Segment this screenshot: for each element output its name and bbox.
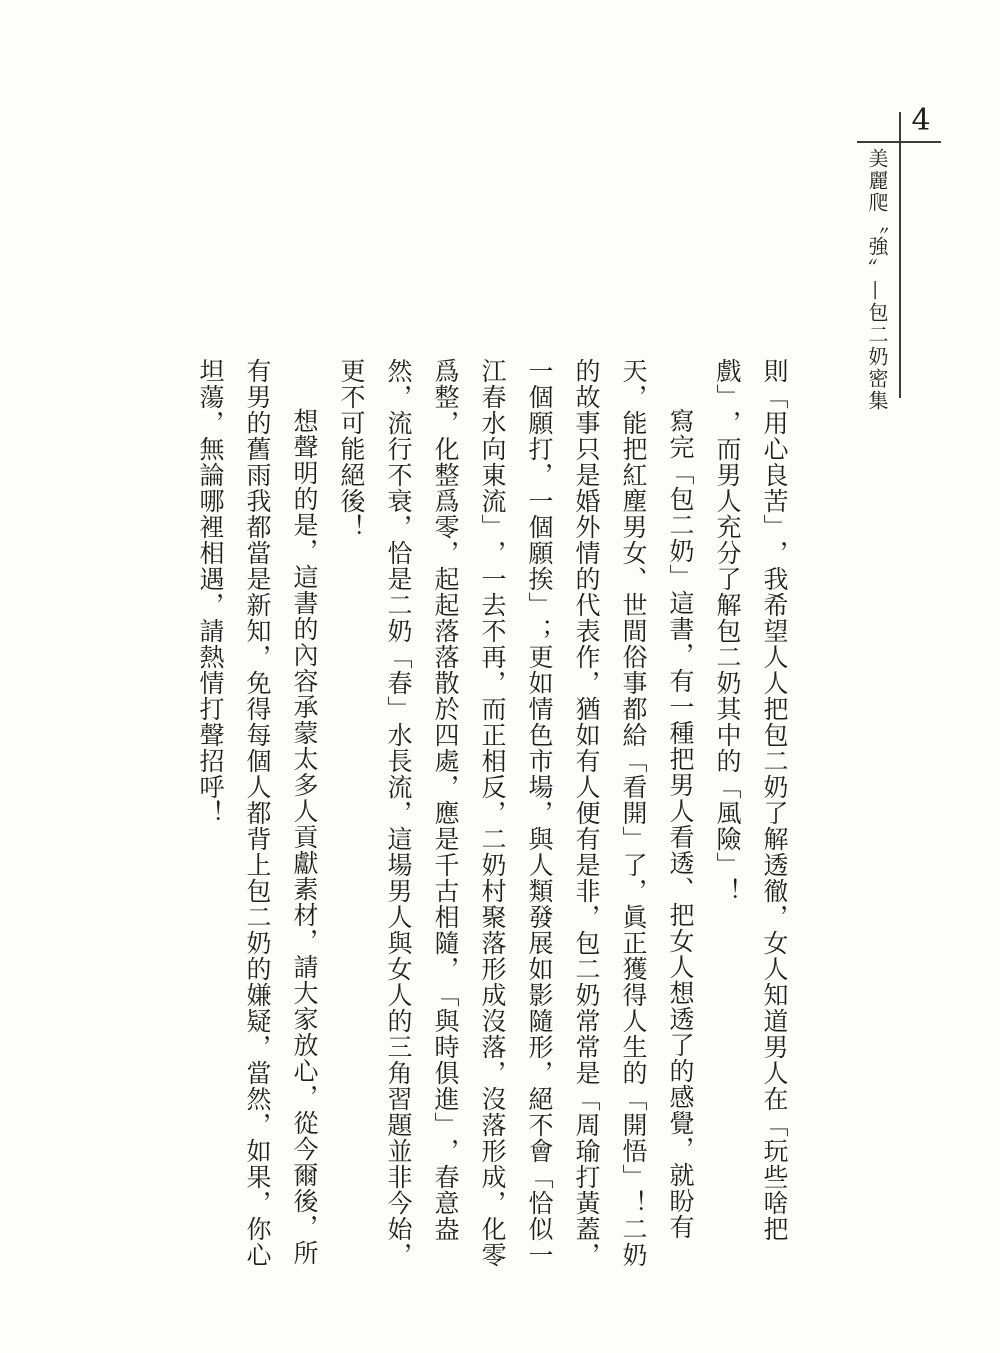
body-text: 則「用心良苦」，我希望人人把包二奶了解透徹，女人知道男人在「玩些啥把戲」，而男人… xyxy=(187,358,798,1170)
text-line: 戲」，而男人充分了解包二奶其中的「風險」！ xyxy=(704,358,751,1170)
text-line: 則「用心良苦」，我希望人人把包二奶了解透徹，女人知道男人在「玩些啥把 xyxy=(751,358,798,1170)
text-line: 一個願打，一個願挨」；更如情色市場，與人類發展如影隨形，絕不會「恰似一 xyxy=(516,358,563,1170)
text-line: 寫完「包二奶」這書，有一種把男人看透、把女人想透了的感覺，就盼有 xyxy=(657,358,704,1170)
text-line: 爲整，化整爲零，起起落落散於四處，應是千古相隨，「與時俱進」，春意盎 xyxy=(422,358,469,1170)
text-line: 的故事只是婚外情的代表作，猶如有人便有是非，包二奶常常是「周瑜打黃蓋， xyxy=(563,358,610,1170)
text-line: 坦蕩，無論哪裡相遇，請熱情打聲招呼！ xyxy=(187,358,234,1170)
page-number: 4 xyxy=(901,101,941,141)
text-line: 然，流行不衰，恰是二奶「春」水長流，這場男人與女人的三角習題並非今始， xyxy=(375,358,422,1170)
text-line: 江春水向東流」，一去不再，而正相反，二奶村聚落形成沒落，沒落形成，化零 xyxy=(469,358,516,1170)
text-line: 天，能把紅塵男女、世間俗事都給「看開」了，眞正獲得人生的「開悟」！二奶 xyxy=(610,358,657,1170)
book-page: 4 美麗爬〝強〞—包二奶密集 則「用心良苦」，我希望人人把包二奶了解透徹，女人知… xyxy=(0,0,1000,1353)
book-title: 美麗爬〝強〞—包二奶密集 xyxy=(863,148,891,428)
text-line: 有男的舊雨我都當是新知，免得每個人都背上包二奶的嫌疑，當然，如果，你心 xyxy=(234,358,281,1170)
header-vertical-rule xyxy=(899,112,901,398)
text-line: 更不可能絕後！ xyxy=(328,358,375,1170)
text-line: 想聲明的是，這書的內容承蒙太多人貢獻素材，請大家放心，從今爾後，所 xyxy=(281,358,328,1170)
